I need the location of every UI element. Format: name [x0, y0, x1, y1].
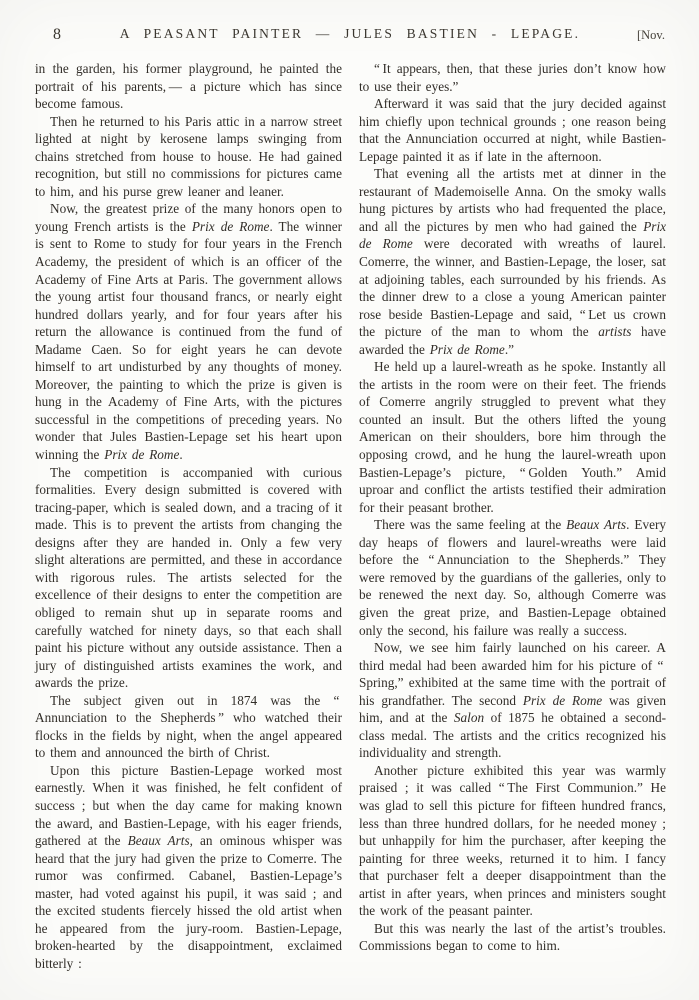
text-run: . Every day heaps of flowers and laurel-…	[359, 517, 666, 637]
column-right: “ It appears, then, that these juries do…	[359, 60, 666, 960]
italic-phrase: Prix de Rome	[192, 219, 270, 234]
text-run: in the garden, his former playground, he…	[35, 61, 342, 111]
text-run: That evening all the artists met at dinn…	[359, 166, 666, 234]
page-title: A PEASANT PAINTER — JULES BASTIEN - LEPA…	[35, 26, 665, 42]
text-run: There was the same feeling at the	[374, 517, 566, 532]
text-run: .	[179, 447, 182, 462]
italic-phrase: Beaux Arts	[128, 833, 190, 848]
text-run: Another picture exhibited this year was …	[359, 763, 666, 918]
text-run: Afterward it was said that the jury deci…	[359, 96, 666, 164]
paragraph: Another picture exhibited this year was …	[359, 762, 666, 920]
italic-phrase: artists	[598, 324, 631, 339]
text-run: The competition is accompanied with curi…	[35, 465, 342, 691]
issue-month-label: [Nov.	[637, 28, 665, 43]
italic-phrase: Beaux Arts	[566, 517, 626, 532]
italic-phrase: Prix de Rome	[523, 693, 602, 708]
text-body: in the garden, his former playground, he…	[35, 60, 667, 960]
paragraph: Now, the greatest prize of the many hono…	[35, 200, 342, 463]
text-run: , an ominous whisper was heard that the …	[35, 833, 342, 971]
paragraph: Afterward it was said that the jury deci…	[359, 95, 666, 165]
text-run: . The winner is sent to Rome to study fo…	[35, 219, 342, 462]
italic-phrase: Salon	[454, 710, 484, 725]
text-run: .”	[505, 342, 514, 357]
italic-phrase: Prix de Rome	[430, 342, 505, 357]
paragraph: The competition is accompanied with curi…	[35, 464, 342, 692]
paragraph: There was the same feeling at the Beaux …	[359, 516, 666, 639]
paragraph: That evening all the artists met at dinn…	[359, 165, 666, 358]
italic-phrase: Prix de Rome	[104, 447, 179, 462]
paragraph: The subject given out in 1874 was the “ …	[35, 692, 342, 762]
paragraph: “ It appears, then, that these juries do…	[359, 60, 666, 95]
text-run: But this was nearly the last of the arti…	[359, 921, 666, 954]
column-left: in the garden, his former playground, he…	[35, 60, 342, 960]
paragraph: in the garden, his former playground, he…	[35, 60, 342, 113]
paragraph: Upon this picture Bastien-Lepage worked …	[35, 762, 342, 973]
text-run: Then he returned to his Paris attic in a…	[35, 114, 342, 199]
text-run: “ It appears, then, that these juries do…	[359, 61, 666, 94]
text-run: He held up a laurel-wreath as he spoke. …	[359, 359, 666, 514]
paragraph: Then he returned to his Paris attic in a…	[35, 113, 342, 201]
running-head: 8 A PEASANT PAINTER — JULES BASTIEN - LE…	[35, 26, 665, 46]
paragraph: Now, we see him fairly launched on his c…	[359, 639, 666, 762]
text-run: The subject given out in 1874 was the “ …	[35, 693, 342, 761]
paragraph: He held up a laurel-wreath as he spoke. …	[359, 358, 666, 516]
scanned-book-page: 8 A PEASANT PAINTER — JULES BASTIEN - LE…	[0, 0, 699, 1000]
paragraph: But this was nearly the last of the arti…	[359, 920, 666, 955]
